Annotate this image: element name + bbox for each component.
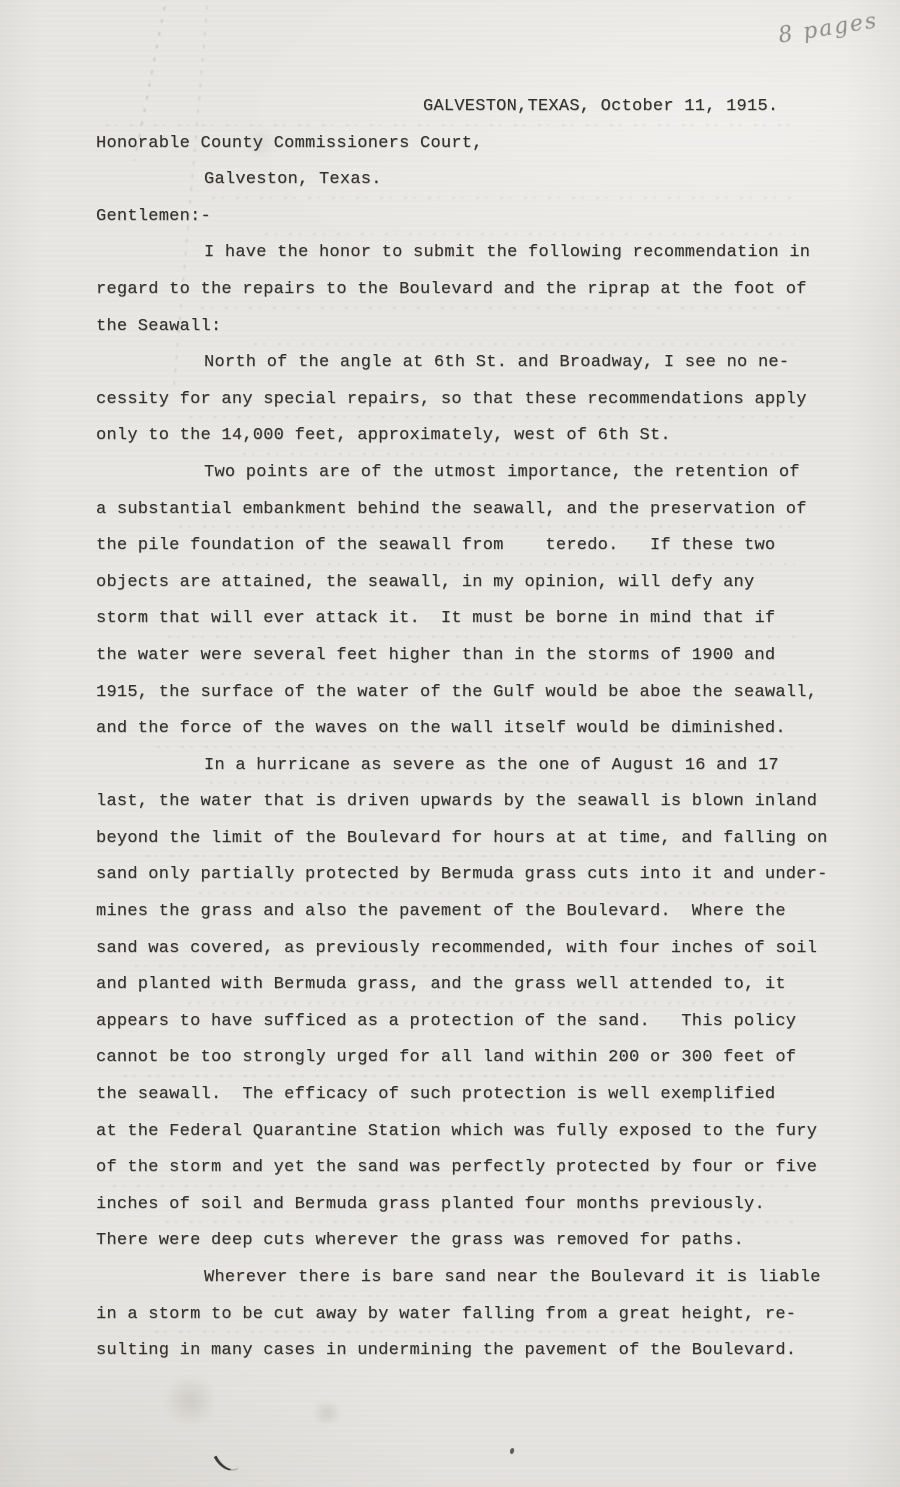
text-line: the pile foundation of the seawall from …	[96, 535, 856, 572]
text-line: appears to have sufficed as a protection…	[96, 1011, 856, 1048]
paragraph: Two points are of the utmost importance,…	[96, 462, 856, 755]
paper-smudge	[310, 1402, 344, 1424]
scanned-letter-page: 8 pages GALVESTON,TEXAS, October 11, 191…	[0, 0, 900, 1487]
text-line: 1915, the surface of the water of the Gu…	[96, 682, 856, 719]
text-line: the seawall. The efficacy of such protec…	[96, 1084, 856, 1121]
text-line: mines the grass and also the pavement of…	[96, 901, 856, 938]
paragraph: In a hurricane as severe as the one of A…	[96, 755, 856, 1267]
text-line: the water were several feet higher than …	[96, 645, 856, 682]
dateline: GALVESTON,TEXAS, October 11, 1915.	[96, 96, 856, 133]
paragraph: Wherever there is bare sand near the Bou…	[96, 1267, 856, 1377]
text-line: Two points are of the utmost importance,…	[96, 462, 856, 499]
paper-smudge	[160, 1378, 220, 1424]
stray-ink-mark	[214, 1450, 238, 1477]
text-line: only to the 14,000 feet, approximately, …	[96, 425, 856, 462]
ink-speck	[509, 1447, 515, 1454]
text-line: North of the angle at 6th St. and Broadw…	[96, 352, 856, 389]
text-line: storm that will ever attack it. It must …	[96, 608, 856, 645]
text-line: and planted with Bermuda grass, and the …	[96, 974, 856, 1011]
text-line: sand only partially protected by Bermuda…	[96, 864, 856, 901]
text-line: beyond the limit of the Boulevard for ho…	[96, 828, 856, 865]
paragraphs: I have the honor to submit the following…	[96, 242, 856, 1376]
text-line: inches of soil and Bermuda grass planted…	[96, 1194, 856, 1231]
text-line: cannot be too strongly urged for all lan…	[96, 1047, 856, 1084]
text-line: at the Federal Quarantine Station which …	[96, 1121, 856, 1158]
handwritten-page-count: 8 pages	[777, 8, 880, 48]
text-line: the Seawall:	[96, 316, 856, 353]
text-line: sulting in many cases in undermining the…	[96, 1340, 856, 1377]
text-line: and the force of the waves on the wall i…	[96, 718, 856, 755]
text-line: regard to the repairs to the Boulevard a…	[96, 279, 856, 316]
paragraph: North of the angle at 6th St. and Broadw…	[96, 352, 856, 462]
text-line: sand was covered, as previously recommen…	[96, 938, 856, 975]
address-line-recipient: Honorable County Commissioners Court,	[96, 133, 856, 170]
letter-body: GALVESTON,TEXAS, October 11, 1915. Honor…	[96, 96, 856, 1377]
salutation: Gentlemen:-	[96, 206, 856, 243]
text-line: objects are attained, the seawall, in my…	[96, 572, 856, 609]
text-line: cessity for any special repairs, so that…	[96, 389, 856, 426]
text-line: of the storm and yet the sand was perfec…	[96, 1157, 856, 1194]
text-line: a substantial embankment behind the seaw…	[96, 499, 856, 536]
text-line: last, the water that is driven upwards b…	[96, 791, 856, 828]
text-line: There were deep cuts wherever the grass …	[96, 1230, 856, 1267]
text-line: I have the honor to submit the following…	[96, 242, 856, 279]
address-line-city: Galveston, Texas.	[96, 169, 856, 206]
text-line: Wherever there is bare sand near the Bou…	[96, 1267, 856, 1304]
paragraph: I have the honor to submit the following…	[96, 242, 856, 352]
text-line: in a storm to be cut away by water falli…	[96, 1304, 856, 1341]
text-line: In a hurricane as severe as the one of A…	[96, 755, 856, 792]
